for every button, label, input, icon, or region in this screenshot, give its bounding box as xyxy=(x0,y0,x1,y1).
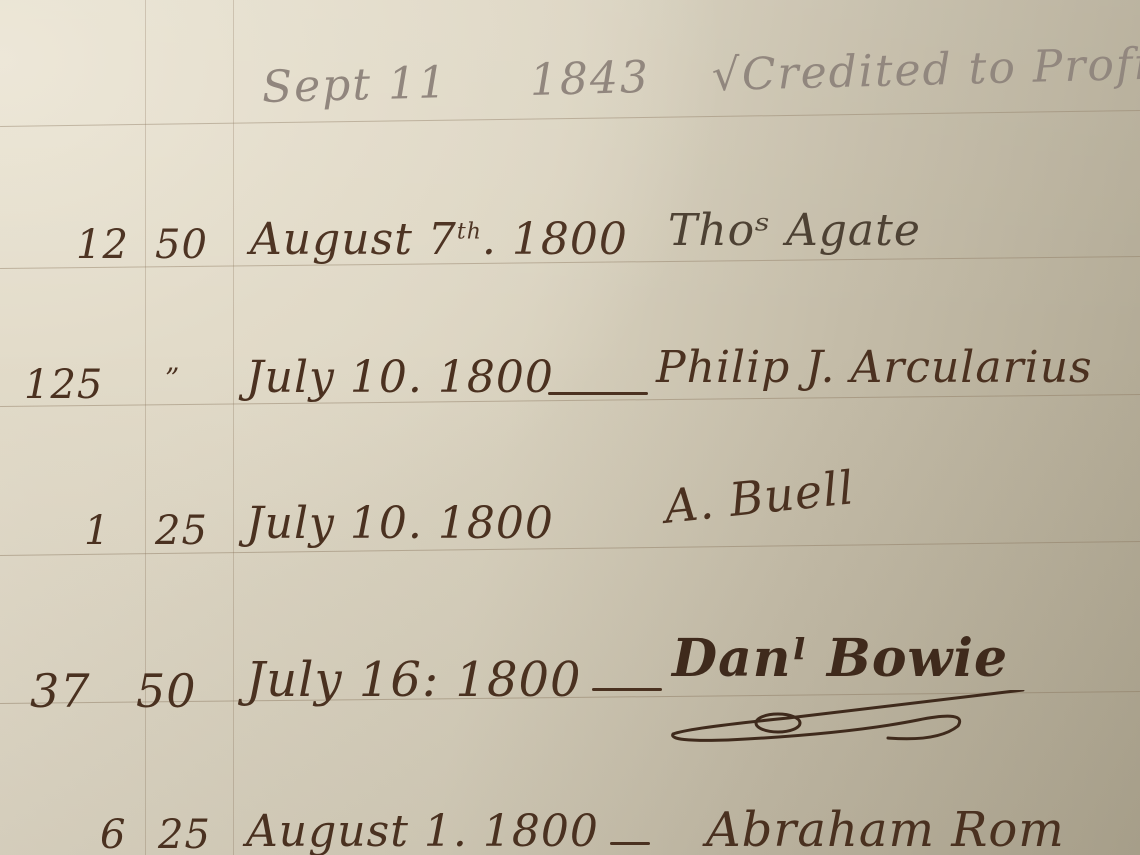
entry-date: August 7th. 1800 xyxy=(250,214,628,265)
entry-name: Thoˢ Agate xyxy=(668,205,921,256)
entry-cents: 50 xyxy=(136,664,197,718)
entry-cents: 25 xyxy=(158,812,211,855)
entry-dollars: 6 xyxy=(100,812,126,855)
column-rule-cents xyxy=(233,0,234,855)
entry-name: A. Buell xyxy=(662,460,857,534)
header-note: Credited to Profit & L xyxy=(741,36,1140,101)
entry-date: July 10. 1800 xyxy=(246,498,554,549)
photo-shading xyxy=(0,0,1140,855)
entry-cents: 25 xyxy=(155,508,208,554)
entry-dollars: 37 xyxy=(30,664,91,718)
ledger-header: Sept 11 1843 √Credited to Profit & L xyxy=(261,36,1140,113)
row-rule-2 xyxy=(0,394,1140,407)
entry-date: July 16: 1800 xyxy=(246,652,582,708)
entry-name: Abraham Rom xyxy=(706,802,1065,855)
signature-flourish-icon xyxy=(668,690,1028,750)
entry-cents: ” xyxy=(165,362,180,395)
entry-date: August 1. 1800 xyxy=(246,806,599,855)
entry-date: July 10. 1800 xyxy=(246,352,554,403)
entry-cents: 50 xyxy=(155,222,208,268)
header-date: Sept 11 xyxy=(261,57,448,113)
entry-name: Danˡ Bowie xyxy=(672,628,1008,689)
entry-dollars: 12 xyxy=(76,222,129,268)
column-rule-dollars xyxy=(145,0,146,855)
entry-dollars: 1 xyxy=(84,508,110,554)
entry-dollars: 125 xyxy=(24,362,103,408)
row-rule-header xyxy=(0,110,1140,127)
check-mark-icon: √ xyxy=(711,49,742,101)
entry-name: Philip J. Arcularius xyxy=(656,342,1093,393)
entry-dash xyxy=(592,688,662,691)
header-year: 1843 xyxy=(529,52,650,106)
entry-dash xyxy=(548,392,648,395)
entry-dash xyxy=(610,842,650,845)
